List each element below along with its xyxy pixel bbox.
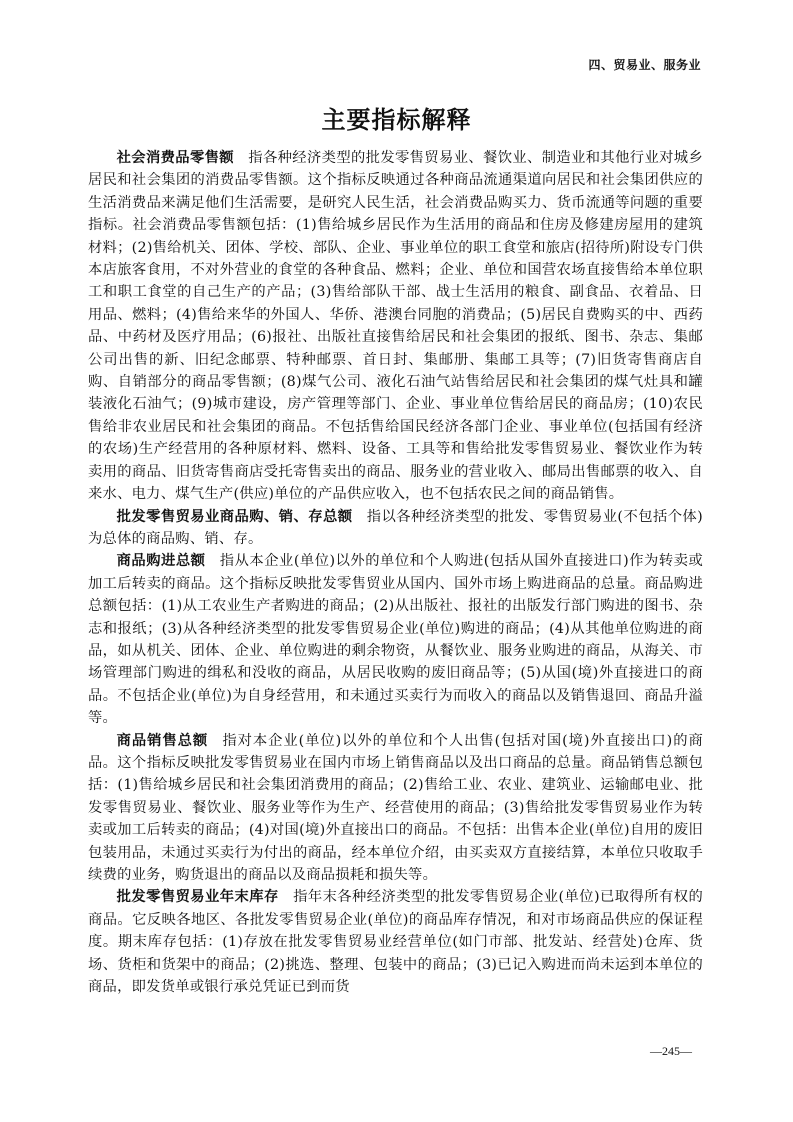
paragraph-text: 指年末各种经济类型的批发零售贸易企业(单位)已取得所有权的商品。它反映各地区、各… [88, 889, 703, 995]
paragraph-text: 指从本企业(单位)以外的单位和个人购进(包括从国外直接进口)作为转卖或加工后转卖… [88, 553, 703, 726]
term-heading: 社会消费品零售额 [117, 150, 234, 166]
body-text: 社会消费品零售额指各种经济类型的批发零售贸易业、餐饮业、制造业和其他行业对城乡居… [88, 147, 703, 998]
paragraph-retail-sales: 社会消费品零售额指各种经济类型的批发零售贸易业、餐饮业、制造业和其他行业对城乡居… [88, 147, 703, 506]
paragraph-purchase-sales-stock: 批发零售贸易业商品购、销、存总额指以各种经济类型的批发、零售贸易业(不包括个体)… [88, 506, 703, 551]
running-header: 四、贸易业、服务业 [588, 56, 701, 73]
term-heading: 商品销售总额 [117, 733, 208, 749]
term-heading: 批发零售贸易业商品购、销、存总额 [117, 509, 353, 525]
paragraph-text: 指对本企业(单位)以外的单位和个人出售(包括对国(境)外直接出口)的商品。这个指… [88, 733, 703, 883]
page-title: 主要指标解释 [0, 100, 793, 135]
term-heading: 批发零售贸易业年末库存 [117, 889, 279, 905]
paragraph-text: 指各种经济类型的批发零售贸易业、餐饮业、制造业和其他行业对城乡居民和社会集团的消… [88, 150, 703, 502]
paragraph-purchase-total: 商品购进总额指从本企业(单位)以外的单位和个人购进(包括从国外直接进口)作为转卖… [88, 550, 703, 729]
page-number: —245— [650, 1044, 692, 1059]
paragraph-sales-total: 商品销售总额指对本企业(单位)以外的单位和个人出售(包括对国(境)外直接出口)的… [88, 730, 703, 887]
paragraph-year-end-stock: 批发零售贸易业年末库存指年末各种经济类型的批发零售贸易企业(单位)已取得所有权的… [88, 886, 703, 998]
term-heading: 商品购进总额 [117, 553, 206, 569]
